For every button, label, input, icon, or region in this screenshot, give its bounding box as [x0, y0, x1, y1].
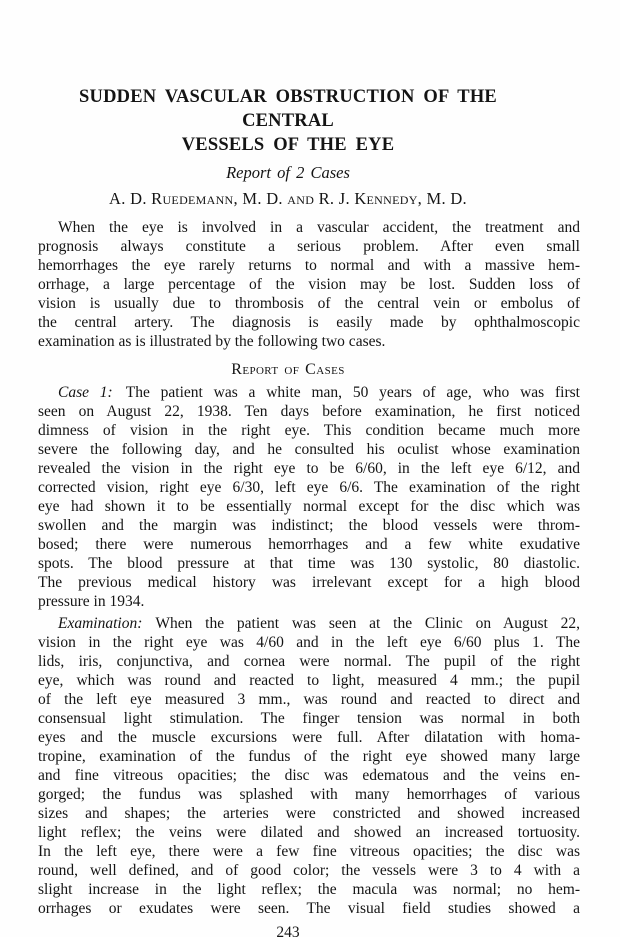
title-line-2: VESSELS OF THE EYE	[38, 133, 538, 157]
text-line: the central artery. The diagnosis is eas…	[38, 313, 580, 332]
text-line: orrhages or exudates were seen. The visu…	[38, 899, 580, 918]
text-line: slight increase in the light reflex; the…	[38, 880, 580, 899]
text-line: dimness of vision in the right eye. This…	[38, 421, 580, 440]
text-line: sizes and shapes; the arteries were cons…	[38, 804, 580, 823]
page-number: 243	[38, 923, 538, 937]
text-line: severe the following day, and he consult…	[38, 440, 580, 459]
article-subtitle: Report of 2 Cases	[38, 163, 538, 182]
text-line: spots. The blood pressure at that time w…	[38, 554, 580, 573]
paragraph-lead: Examination:	[58, 615, 142, 632]
authors-line: A. D. Ruedemann, M. D. and R. J. Kennedy…	[38, 189, 538, 209]
text-line: swollen and the margin was indistinct; t…	[38, 516, 580, 535]
text-line: eye had shown it to be essentially norma…	[38, 497, 580, 516]
text-line: eyes and the muscle excursions were full…	[38, 728, 580, 747]
text-line: and fine vitreous opacities; the disc wa…	[38, 766, 580, 785]
text-line: light reflex; the veins were dilated and…	[38, 823, 580, 842]
text-line: lids, iris, conjunctiva, and cornea were…	[38, 652, 580, 671]
text-line: vision is usually due to thrombosis of t…	[38, 294, 580, 313]
intro-paragraph: When the eye is involved in a vascular a…	[38, 218, 580, 351]
page-content: SUDDEN VASCULAR OBSTRUCTION OF THE CENTR…	[38, 0, 580, 937]
text-line: Examination:When the patient was seen at…	[38, 614, 580, 633]
article-title: SUDDEN VASCULAR OBSTRUCTION OF THE CENTR…	[38, 85, 538, 157]
text-line: hemorrhages the eye rarely returns to no…	[38, 256, 580, 275]
text-line: eye, which was round and reacted to ligh…	[38, 671, 580, 690]
text-line: revealed the vision in the right eye to …	[38, 459, 580, 478]
examination-paragraph: Examination:When the patient was seen at…	[38, 614, 580, 918]
text-line: examination as is illustrated by the fol…	[38, 332, 580, 351]
text-line: round, well defined, and of good color; …	[38, 861, 580, 880]
text-line: orrhage, a large percentage of the visio…	[38, 275, 580, 294]
text-line: The previous medical history was irrelev…	[38, 573, 580, 592]
text-line: seen on August 22, 1938. Ten days before…	[38, 402, 580, 421]
text-line: corrected vision, right eye 6/30, left e…	[38, 478, 580, 497]
title-line-1: SUDDEN VASCULAR OBSTRUCTION OF THE CENTR…	[38, 85, 538, 133]
text-line: In the left eye, there were a few fine v…	[38, 842, 580, 861]
text-line: consensual light stimulation. The finger…	[38, 709, 580, 728]
text-line: When the eye is involved in a vascular a…	[38, 218, 580, 237]
case1-paragraph: Case 1:The patient was a white man, 50 y…	[38, 383, 580, 611]
text-line: tropine, examination of the fundus of th…	[38, 747, 580, 766]
text-line: gorged; the fundus was splashed with man…	[38, 785, 580, 804]
section-heading-report-of-cases: Report of Cases	[38, 360, 538, 379]
text-line: bosed; there were numerous hemorrhages a…	[38, 535, 580, 554]
text-line: vision in the right eye was 4/60 and in …	[38, 633, 580, 652]
paragraph-lead: Case 1:	[58, 384, 113, 401]
text-line: prognosis always constitute a serious pr…	[38, 237, 580, 256]
article-body: When the eye is involved in a vascular a…	[38, 218, 580, 918]
text-line: pressure in 1934.	[38, 592, 580, 611]
text-line: Case 1:The patient was a white man, 50 y…	[38, 383, 580, 402]
text-line: of the left eye measured 3 mm., was roun…	[38, 690, 580, 709]
document-page: SUDDEN VASCULAR OBSTRUCTION OF THE CENTR…	[0, 0, 620, 937]
